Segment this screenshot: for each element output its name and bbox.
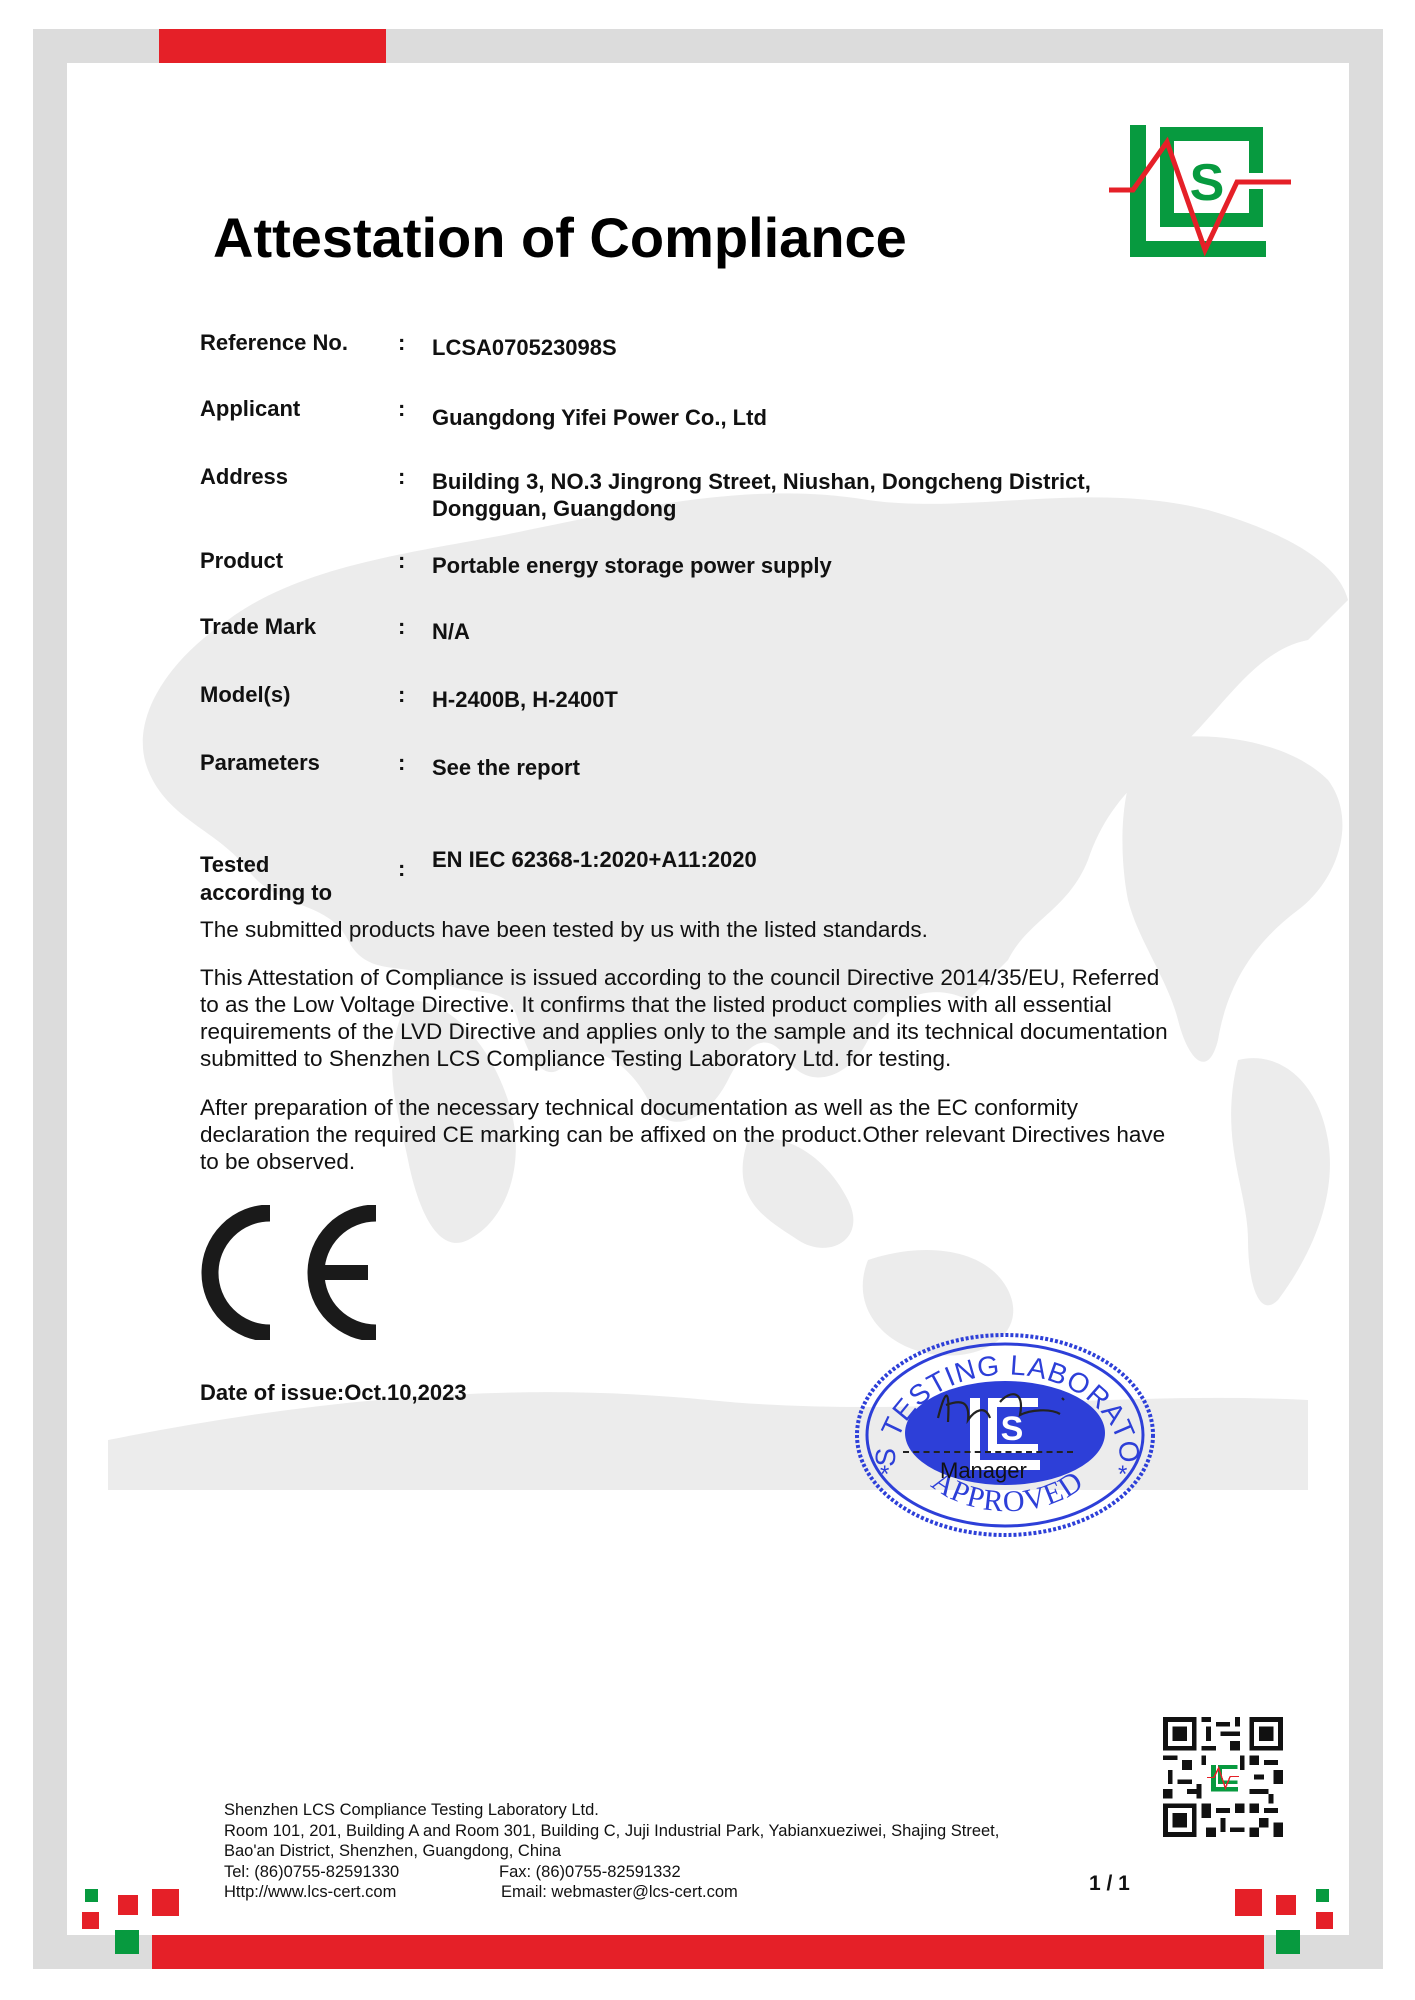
- footer-email-link[interactable]: Email: webmaster@lcs-cert.com: [501, 1882, 738, 1903]
- field-separator: :: [398, 682, 405, 708]
- field-label: Tested: [200, 852, 390, 878]
- red-accent-bar-top: [159, 29, 386, 63]
- date-of-issue: Date of issue:Oct.10,2023: [200, 1380, 467, 1406]
- footer-address-line1: Room 101, 201, Building A and Room 301, …: [224, 1821, 999, 1842]
- paragraph-directive: This Attestation of Compliance is issued…: [200, 964, 1170, 1072]
- svg-text:*: *: [1118, 1461, 1127, 1488]
- approved-stamp: S LCS TESTING LABORATORY APPROVED * *: [850, 1330, 1160, 1540]
- page-number: 1 / 1: [1089, 1872, 1130, 1896]
- field-value: N/A: [432, 618, 1192, 645]
- field-value: Portable energy storage power supply: [432, 552, 1192, 579]
- page-title: Attestation of Compliance: [213, 205, 907, 270]
- field-label-line2: according to: [200, 880, 390, 906]
- field-label: Address: [200, 464, 390, 490]
- footer-company: Shenzhen LCS Compliance Testing Laborato…: [224, 1800, 999, 1821]
- paragraph-tested-statement: The submitted products have been tested …: [200, 916, 1200, 943]
- field-value: Guangdong Yifei Power Co., Ltd: [432, 404, 1192, 431]
- field-label: Reference No.: [200, 330, 390, 356]
- field-value: See the report: [432, 754, 1192, 781]
- field-label: Trade Mark: [200, 614, 390, 640]
- field-label: Applicant: [200, 396, 390, 422]
- field-label: Parameters: [200, 750, 390, 776]
- field-value: H-2400B, H-2400T: [432, 686, 1192, 713]
- svg-text:S: S: [1190, 154, 1225, 212]
- field-separator: :: [398, 856, 405, 882]
- signature-line: [903, 1451, 1073, 1453]
- field-value-line2: Dongguan, Guangdong: [432, 495, 1192, 522]
- field-value: LCSA070523098S: [432, 334, 1192, 361]
- field-separator: :: [398, 396, 405, 422]
- ce-mark-icon: [200, 1205, 385, 1340]
- footer-website-link[interactable]: Http://www.lcs-cert.com: [224, 1883, 396, 1901]
- qr-code: [1163, 1717, 1283, 1837]
- field-separator: :: [398, 330, 405, 356]
- svg-text:*: *: [880, 1461, 889, 1488]
- footer-contact: Shenzhen LCS Compliance Testing Laborato…: [224, 1800, 999, 1903]
- field-separator: :: [398, 750, 405, 776]
- field-label: Model(s): [200, 682, 390, 708]
- field-label: Product: [200, 548, 390, 574]
- field-separator: :: [398, 614, 405, 640]
- field-separator: :: [398, 548, 405, 574]
- footer-tel: Tel: (86)0755-82591330: [224, 1863, 399, 1881]
- paragraph-ce-marking: After preparation of the necessary techn…: [200, 1094, 1170, 1175]
- field-separator: :: [398, 464, 405, 490]
- footer-address-line2: Bao'an District, Shenzhen, Guangdong, Ch…: [224, 1841, 999, 1862]
- footer-fax: Fax: (86)0755-82591332: [499, 1862, 681, 1883]
- field-value: Building 3, NO.3 Jingrong Street, Niusha…: [432, 468, 1192, 495]
- field-value: EN IEC 62368-1:2020+A11:2020: [432, 846, 1192, 873]
- signature-role: Manager: [940, 1458, 1027, 1484]
- red-accent-bar-bottom: [152, 1935, 1264, 1969]
- lcs-logo: S: [1105, 122, 1295, 262]
- frame-border-left: [33, 29, 67, 1969]
